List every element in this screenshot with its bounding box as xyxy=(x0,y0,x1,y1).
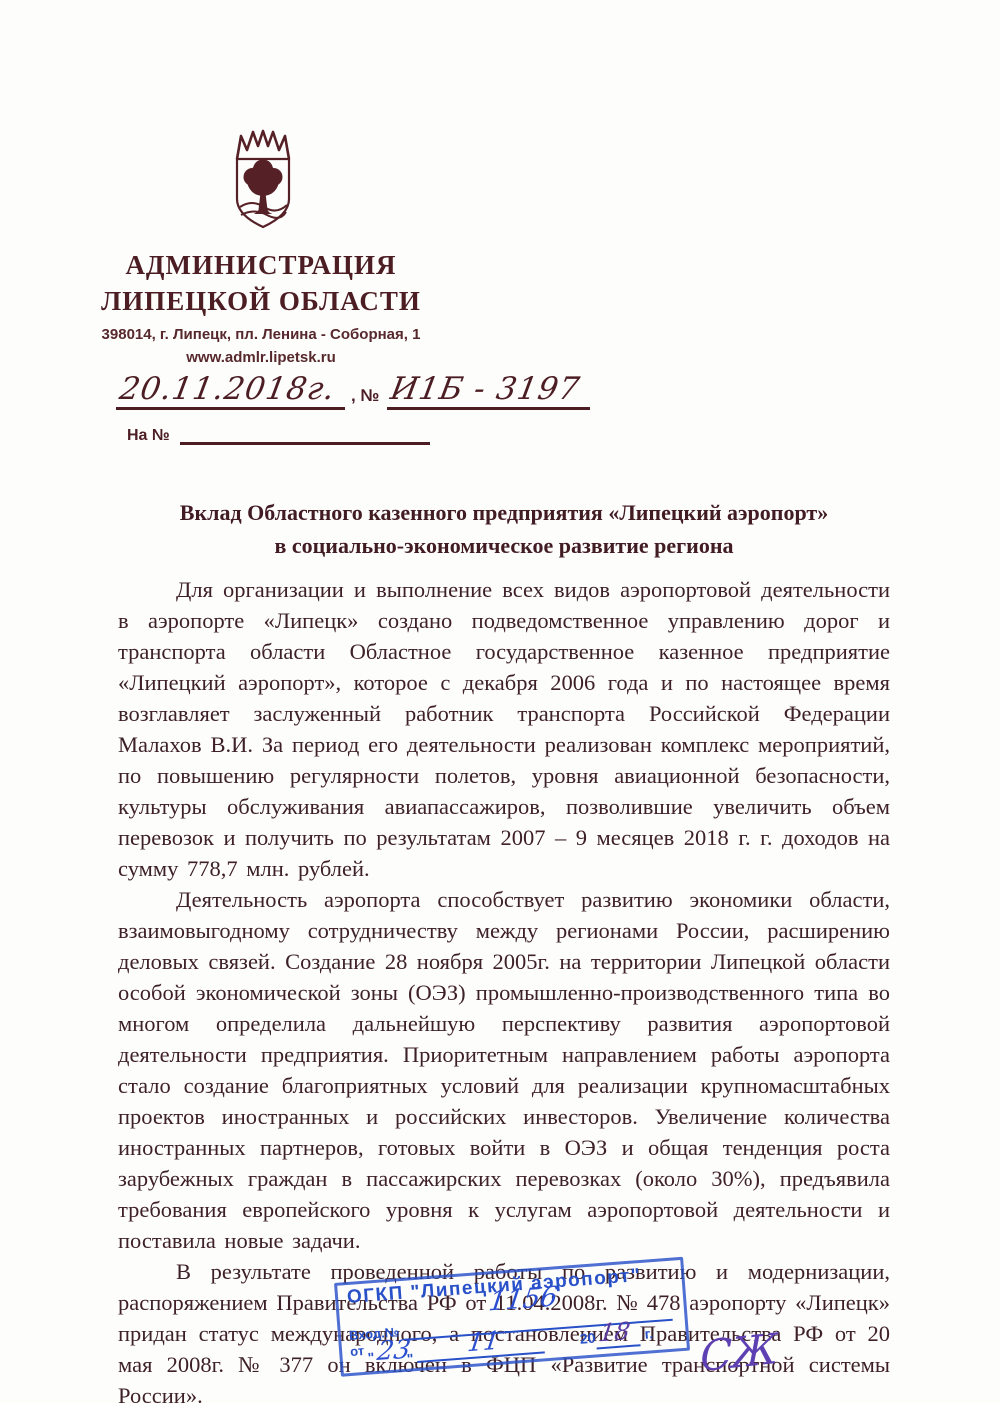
stamp-open-quote: " xyxy=(367,1349,375,1365)
document-title-line1: Вклад Областного казенного предприятия «… xyxy=(180,500,828,525)
stamp-year-prefix: 20 xyxy=(579,1330,596,1347)
org-address: 398014, г. Липецк, пл. Ленина - Соборная… xyxy=(70,326,452,343)
outgoing-number-handwritten: И1Б - 3197 xyxy=(388,372,583,406)
outgoing-number-field: И1Б - 3197 xyxy=(387,372,590,410)
scanned-letter-page: АДМИНИСТРАЦИЯ ЛИПЕЦКОЙ ОБЛАСТИ 398014, г… xyxy=(0,0,1000,1403)
body-paragraph-1: Для организации и выполнение всех видов … xyxy=(118,574,890,884)
stamp-date-label: от xyxy=(350,1343,365,1359)
reply-to-label: На № xyxy=(127,427,170,445)
stamp-incoming-number-handwritten: 1156 xyxy=(487,1281,560,1318)
outgoing-date-field: 20.11.2018г. xyxy=(116,372,345,410)
outgoing-reference-row: 20.11.2018г. , № И1Б - 3197 xyxy=(116,372,590,410)
outgoing-date-handwritten: 20.11.2018г. xyxy=(117,372,338,406)
stamp-month-handwritten: 11 xyxy=(466,1326,502,1358)
document-title-line2: в социально-экономическое развитие регио… xyxy=(274,533,733,558)
number-sign-label: , № xyxy=(351,386,379,406)
signature-initials: СЖ xyxy=(700,1324,777,1381)
org-website: www.admlr.lipetsk.ru xyxy=(70,349,452,366)
org-name-line2: ЛИПЕЦКОЙ ОБЛАСТИ xyxy=(70,283,452,319)
document-title: Вклад Областного казенного предприятия «… xyxy=(118,496,890,562)
stamp-year-handwritten: 18 xyxy=(598,1317,632,1348)
reply-number-blank xyxy=(180,424,430,445)
stamp-close-quote: " xyxy=(406,1350,414,1366)
stamp-number-underline xyxy=(405,1319,672,1341)
reply-reference-row: На № xyxy=(127,424,430,445)
org-name-line1: АДМИНИСТРАЦИЯ xyxy=(70,247,452,283)
stamp-year-suffix: г. xyxy=(644,1325,654,1342)
body-paragraph-2: Деятельность аэропорта способствует разв… xyxy=(118,884,890,1256)
org-name: АДМИНИСТРАЦИЯ ЛИПЕЦКОЙ ОБЛАСТИ xyxy=(70,247,452,319)
coat-of-arms-icon xyxy=(224,127,302,231)
